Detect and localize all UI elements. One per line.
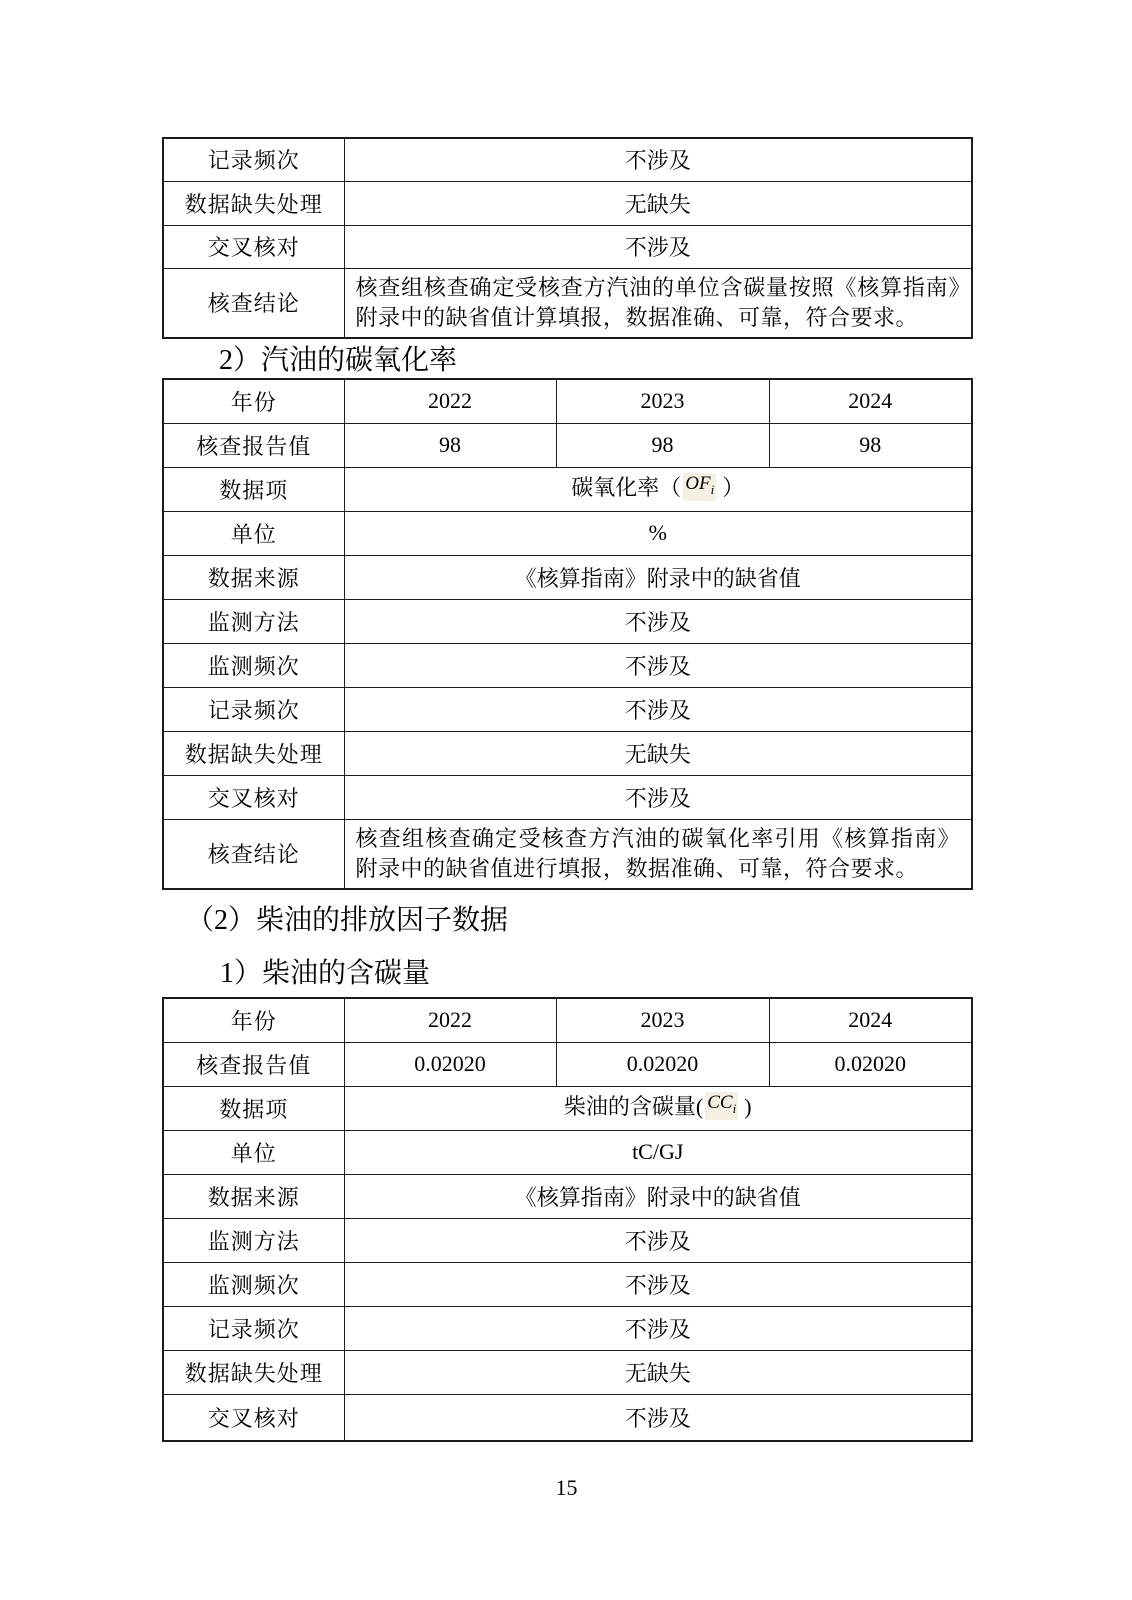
formula-subscript: i	[711, 482, 715, 497]
row-value: 不涉及	[344, 643, 972, 687]
formula-cc-i: CCi	[705, 1092, 738, 1120]
formula-suffix: )	[744, 1094, 751, 1119]
row-label: 数据来源	[163, 555, 344, 599]
row-label: 数据缺失处理	[163, 731, 344, 775]
row-label: 交叉核对	[163, 1394, 344, 1441]
year-cell: 2023	[556, 998, 769, 1042]
table-row-data-item: 数据项 柴油的含碳量(CCi)	[163, 1086, 972, 1130]
table-row: 监测方法 不涉及	[163, 599, 972, 643]
row-value: 不涉及	[344, 775, 972, 819]
table-row: 交叉核对 不涉及	[163, 1394, 972, 1441]
row-label: 交叉核对	[163, 775, 344, 819]
row-value: 无缺失	[344, 731, 972, 775]
table-row: 数据来源 《核算指南》附录中的缺省值	[163, 1174, 972, 1218]
formula-of-i: OFi	[683, 473, 716, 501]
row-value: 碳氧化率（OFi）	[344, 467, 972, 511]
row-label: 核查报告值	[163, 1042, 344, 1086]
row-value: 不涉及	[344, 225, 972, 268]
row-value: 不涉及	[344, 687, 972, 731]
row-label: 数据项	[163, 467, 344, 511]
row-label: 单位	[163, 511, 344, 555]
row-value: 不涉及	[344, 1262, 972, 1306]
table-diesel-carbon-content: 年份 2022 2023 2024 核查报告值 0.02020 0.02020 …	[162, 997, 973, 1442]
row-value: 核查组核查确定受核查方汽油的单位含碳量按照《核算指南》附录中的缺省值计算填报，数…	[344, 268, 972, 338]
row-value: 无缺失	[344, 181, 972, 225]
table-row-conclusion: 核查结论 核查组核查确定受核查方汽油的碳氧化率引用《核算指南》附录中的缺省值进行…	[163, 819, 972, 889]
table-gasoline-carbon-content-cont: 记录频次 不涉及 数据缺失处理 无缺失 交叉核对 不涉及 核查结论 核查组核查确…	[162, 137, 973, 339]
year-cell: 2022	[344, 998, 556, 1042]
row-value: 不涉及	[344, 138, 972, 181]
row-label: 数据项	[163, 1086, 344, 1130]
row-value: 《核算指南》附录中的缺省值	[344, 1174, 972, 1218]
row-label: 记录频次	[163, 687, 344, 731]
page-number: 15	[162, 1475, 971, 1501]
value-cell: 98	[556, 423, 769, 467]
row-value: tC/GJ	[344, 1130, 972, 1174]
year-cell: 2024	[769, 998, 972, 1042]
table-gasoline-oxidation-rate: 年份 2022 2023 2024 核查报告值 98 98 98 数据项 碳氧化…	[162, 378, 973, 890]
row-label: 监测频次	[163, 1262, 344, 1306]
table-row: 交叉核对 不涉及	[163, 775, 972, 819]
row-label: 年份	[163, 379, 344, 423]
row-value: 不涉及	[344, 599, 972, 643]
row-value: 不涉及	[344, 1394, 972, 1441]
formula-subscript: i	[733, 1101, 737, 1116]
table-row-data-item: 数据项 碳氧化率（OFi）	[163, 467, 972, 511]
formula-variable: CC	[707, 1092, 732, 1113]
table-row-report-values: 核查报告值 98 98 98	[163, 423, 972, 467]
table-row: 交叉核对 不涉及	[163, 225, 972, 268]
table-row-years: 年份 2022 2023 2024	[163, 379, 972, 423]
row-label: 监测频次	[163, 643, 344, 687]
row-value: 无缺失	[344, 1350, 972, 1394]
row-label: 记录频次	[163, 1306, 344, 1350]
table-row: 记录频次 不涉及	[163, 687, 972, 731]
table-row: 数据缺失处理 无缺失	[163, 181, 972, 225]
document-page: 记录频次 不涉及 数据缺失处理 无缺失 交叉核对 不涉及 核查结论 核查组核查确…	[0, 0, 1132, 1600]
table-row-report-values: 核查报告值 0.02020 0.02020 0.02020	[163, 1042, 972, 1086]
row-label: 核查结论	[163, 268, 344, 338]
row-value: 不涉及	[344, 1218, 972, 1262]
row-label: 核查报告值	[163, 423, 344, 467]
table-row: 监测方法 不涉及	[163, 1218, 972, 1262]
row-value: 《核算指南》附录中的缺省值	[344, 555, 972, 599]
value-cell: 98	[769, 423, 972, 467]
value-cell: 0.02020	[556, 1042, 769, 1086]
year-cell: 2022	[344, 379, 556, 423]
value-cell: 98	[344, 423, 556, 467]
row-value: 核查组核查确定受核查方汽油的碳氧化率引用《核算指南》附录中的缺省值进行填报，数据…	[344, 819, 972, 889]
row-label: 年份	[163, 998, 344, 1042]
table-row: 记录频次 不涉及	[163, 1306, 972, 1350]
table-row: 核查结论 核查组核查确定受核查方汽油的单位含碳量按照《核算指南》附录中的缺省值计…	[163, 268, 972, 338]
row-label: 监测方法	[163, 1218, 344, 1262]
formula-prefix: 柴油的含碳量(	[564, 1094, 703, 1119]
row-label: 单位	[163, 1130, 344, 1174]
table-row: 数据缺失处理 无缺失	[163, 731, 972, 775]
formula-prefix: 碳氧化率（	[571, 475, 681, 500]
row-label: 记录频次	[163, 138, 344, 181]
table-row: 单位 %	[163, 511, 972, 555]
row-value: 柴油的含碳量(CCi)	[344, 1086, 972, 1130]
formula-variable: OF	[685, 473, 710, 494]
value-cell: 0.02020	[344, 1042, 556, 1086]
table-row-years: 年份 2022 2023 2024	[163, 998, 972, 1042]
table-row: 单位 tC/GJ	[163, 1130, 972, 1174]
row-label: 数据缺失处理	[163, 181, 344, 225]
table-row: 监测频次 不涉及	[163, 1262, 972, 1306]
table-row: 数据缺失处理 无缺失	[163, 1350, 972, 1394]
formula-suffix: ）	[722, 475, 744, 500]
heading-diesel-carbon-content: 1）柴油的含碳量	[220, 951, 430, 991]
table-row: 监测频次 不涉及	[163, 643, 972, 687]
year-cell: 2023	[556, 379, 769, 423]
row-label: 核查结论	[163, 819, 344, 889]
row-label: 数据缺失处理	[163, 1350, 344, 1394]
table-row: 记录频次 不涉及	[163, 138, 972, 181]
table-row: 数据来源 《核算指南》附录中的缺省值	[163, 555, 972, 599]
value-cell: 0.02020	[769, 1042, 972, 1086]
row-label: 监测方法	[163, 599, 344, 643]
heading-gasoline-oxidation-rate: 2）汽油的碳氧化率	[219, 338, 457, 378]
row-value: %	[344, 511, 972, 555]
heading-diesel-emission-factor: （2）柴油的排放因子数据	[186, 898, 508, 938]
year-cell: 2024	[769, 379, 972, 423]
row-value: 不涉及	[344, 1306, 972, 1350]
row-label: 交叉核对	[163, 225, 344, 268]
row-label: 数据来源	[163, 1174, 344, 1218]
